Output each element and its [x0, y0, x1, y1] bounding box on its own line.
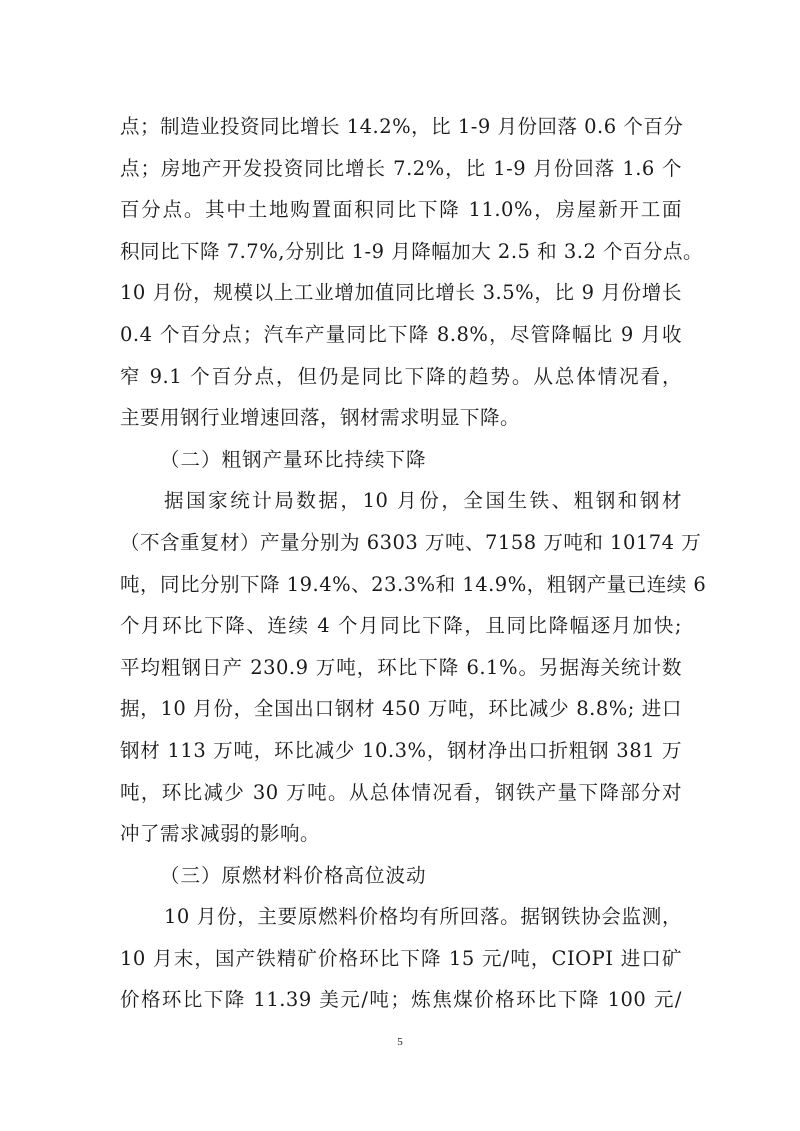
page-number: 5 [0, 1036, 800, 1048]
paragraph-line: 点；房地产开发投资同比增长 7.2%，比 1-9 月份回落 1.6 个 [120, 148, 682, 190]
section-heading-raw-materials: （三）原燃材料价格高位波动 [120, 855, 682, 897]
document-body: 点；制造业投资同比增长 14.2%，比 1-9 月份回落 0.6 个百分 点；房… [120, 106, 682, 1021]
paragraph-line: 据，10 月份，全国出口钢材 450 万吨，环比减少 8.8%; 进口 [120, 688, 682, 730]
paragraph-line: 窄 9.1 个百分点，但仍是同比下降的趋势。从总体情况看， [120, 356, 682, 398]
paragraph-line: 主要用钢行业增速回落，钢材需求明显下降。 [120, 397, 682, 439]
paragraph-line: 10 月末，国产铁精矿价格环比下降 15 元/吨，CIOPI 进口矿 [120, 938, 682, 980]
paragraph-line: 冲了需求减弱的影响。 [120, 813, 682, 855]
paragraph-line: 平均粗钢日产 230.9 万吨，环比下降 6.1%。另据海关统计数 [120, 647, 682, 689]
paragraph-line: 个月环比下降、连续 4 个月同比下降，且同比降幅逐月加快; [120, 605, 682, 647]
paragraph-line: 0.4 个百分点；汽车产量同比下降 8.8%，尽管降幅比 9 月收 [120, 314, 682, 356]
document-page: 点；制造业投资同比增长 14.2%，比 1-9 月份回落 0.6 个百分 点；房… [0, 0, 800, 1131]
paragraph-line: 据国家统计局数据，10 月份，全国生铁、粗钢和钢材 [120, 480, 682, 522]
paragraph-line: （不含重复材）产量分别为 6303 万吨、7158 万吨和 10174 万 [120, 522, 682, 564]
paragraph-line: 积同比下降 7.7%,分别比 1-9 月降幅加大 2.5 和 3.2 个百分点。 [120, 231, 682, 273]
paragraph-line: 吨，同比分别下降 19.4%、23.3%和 14.9%，粗钢产量已连续 6 [120, 564, 682, 606]
section-heading-crude-steel: （二）粗钢产量环比持续下降 [120, 439, 682, 481]
paragraph-line: 10 月份，主要原燃料价格均有所回落。据钢铁协会监测， [120, 896, 682, 938]
paragraph-line: 点；制造业投资同比增长 14.2%，比 1-9 月份回落 0.6 个百分 [120, 106, 682, 148]
paragraph-line: 吨，环比减少 30 万吨。从总体情况看，钢铁产量下降部分对 [120, 772, 682, 814]
paragraph-line: 10 月份，规模以上工业增加值同比增长 3.5%，比 9 月份增长 [120, 272, 682, 314]
paragraph-line: 百分点。其中土地购置面积同比下降 11.0%，房屋新开工面 [120, 189, 682, 231]
paragraph-line: 价格环比下降 11.39 美元/吨；炼焦煤价格环比下降 100 元/ [120, 979, 682, 1021]
paragraph-line: 钢材 113 万吨，环比减少 10.3%，钢材净出口折粗钢 381 万 [120, 730, 682, 772]
